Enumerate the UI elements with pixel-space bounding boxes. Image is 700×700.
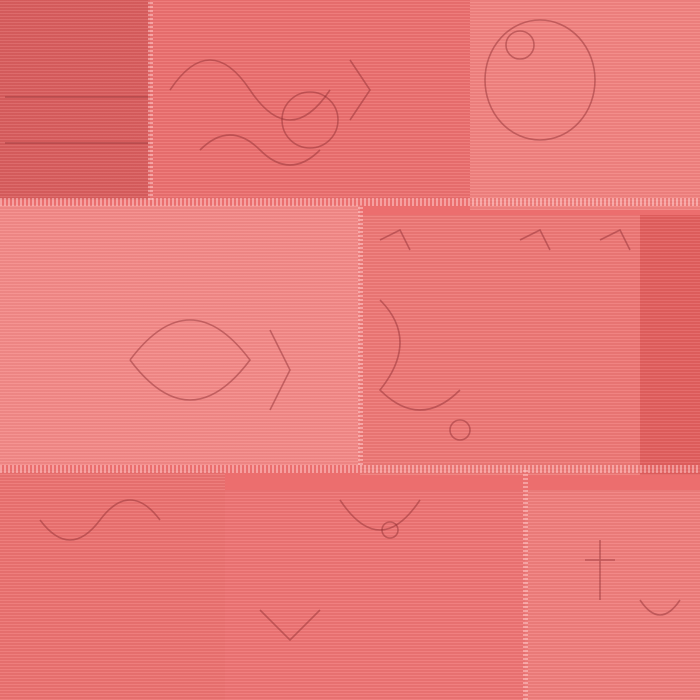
patchwork-rug bbox=[0, 0, 700, 700]
rug-motifs bbox=[0, 0, 700, 700]
